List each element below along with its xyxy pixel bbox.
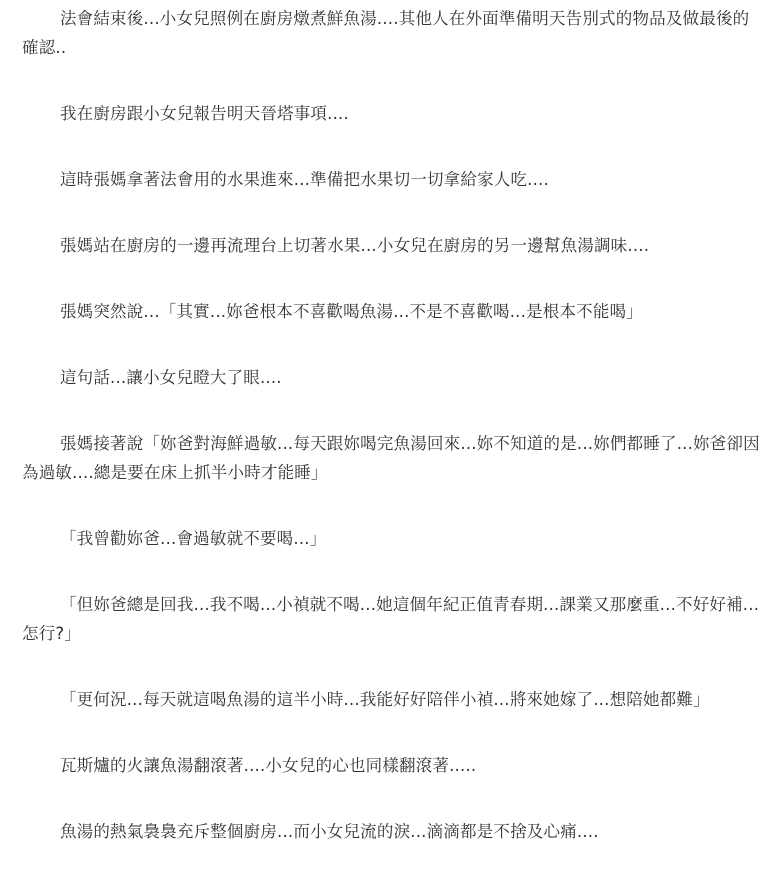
paragraph-5: 張媽突然說...「其實...妳爸根本不喜歡喝魚湯...不是不喜歡喝...是根本不… — [22, 297, 762, 326]
paragraph-3: 這時張媽拿著法會用的水果進來...準備把水果切一切拿給家人吃.... — [22, 165, 762, 194]
paragraph-9: 「但妳爸總是回我...我不喝...小禎就不喝...她這個年紀正值青春期...課業… — [22, 590, 762, 648]
paragraph-2: 我在廚房跟小女兒報告明天晉塔事項.... — [22, 99, 762, 128]
paragraph-6: 這句話...讓小女兒瞪大了眼.... — [22, 363, 762, 392]
paragraph-7: 張媽接著說「妳爸對海鮮過敏...每天跟妳喝完魚湯回來...妳不知道的是...妳們… — [22, 429, 762, 487]
paragraph-4: 張媽站在廚房的一邊再流理台上切著水果...小女兒在廚房的另一邊幫魚湯調味.... — [22, 231, 762, 260]
paragraph-11: 瓦斯爐的火讓魚湯翻滾著....小女兒的心也同樣翻滾著..... — [22, 751, 762, 780]
paragraph-1: 法會結束後...小女兒照例在廚房燉煮鮮魚湯....其他人在外面準備明天告別式的物… — [22, 4, 762, 62]
article-body: 法會結束後...小女兒照例在廚房燉煮鮮魚湯....其他人在外面準備明天告別式的物… — [0, 0, 776, 846]
paragraph-10: 「更何況...每天就這喝魚湯的這半小時...我能好好陪伴小禎...將來她嫁了..… — [22, 685, 762, 714]
paragraph-12: 魚湯的熱氣裊裊充斥整個廚房...而小女兒流的淚...滴滴都是不捨及心痛.... — [22, 817, 762, 846]
paragraph-8: 「我曾勸妳爸...會過敏就不要喝...」 — [22, 524, 762, 553]
